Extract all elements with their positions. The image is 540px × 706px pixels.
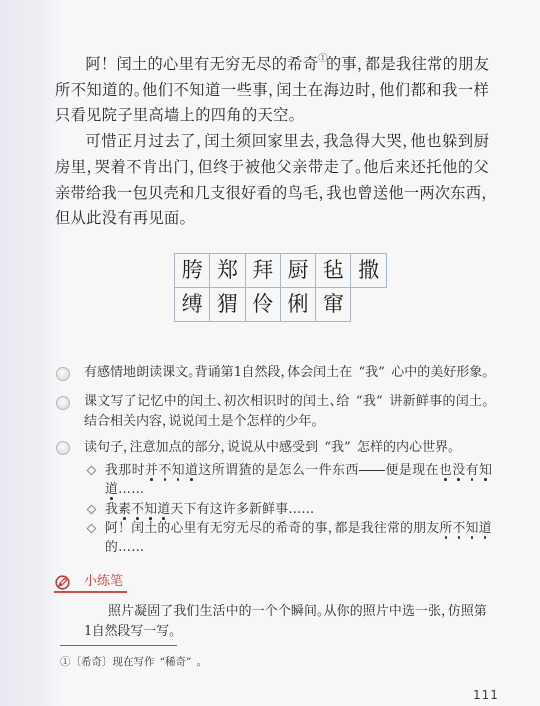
glyph: 不 xyxy=(453,519,466,538)
glyph: 意 xyxy=(143,438,156,458)
glyph: 事 xyxy=(315,519,328,538)
glyph: 往 xyxy=(374,519,387,538)
glyph: 一 xyxy=(305,461,318,480)
glyph: 了 xyxy=(124,392,137,412)
glyph: 瞬 xyxy=(291,602,304,622)
glyph: 里 xyxy=(71,155,86,181)
glyph: 有 xyxy=(84,363,97,383)
glyph: 感 xyxy=(279,438,292,458)
glyph: 知 xyxy=(87,78,102,104)
passage-line: 房里，哭着不肯出门，但终于被他父亲带走了。他后来还托他的父 xyxy=(55,155,489,181)
glyph: 家 xyxy=(268,129,283,155)
glyph: 曾 xyxy=(357,181,372,207)
passage-line: 可惜正月过去了，闰土须回家里去，我急得大哭，他也躲到厨 xyxy=(55,129,489,155)
glyph: 但 xyxy=(197,155,212,181)
practice-line: 照片凝固了我们生活中的一个个瞬间。从你的照片中选一张，仿照第 xyxy=(84,602,487,622)
glyph: 哭 xyxy=(386,129,401,155)
glyph: 没 xyxy=(452,461,465,480)
page-number: 111 xyxy=(473,688,499,702)
glyph: 世 xyxy=(422,438,435,458)
character-cell: 缚 xyxy=(175,288,210,322)
glyph: 怎 xyxy=(279,461,292,480)
glyph: 里 xyxy=(283,129,298,155)
glyph: 说 xyxy=(240,438,253,458)
glyph: … xyxy=(288,500,301,519)
glyph: 闰 xyxy=(195,412,208,432)
glyph: 诵 xyxy=(208,363,221,383)
glyph: 有 xyxy=(197,519,210,538)
glyph: 段 xyxy=(118,622,131,642)
glyph: 土 xyxy=(220,129,235,155)
glyph: 的 xyxy=(458,155,473,181)
glyph: 从 xyxy=(71,206,86,232)
glyph: 他 xyxy=(388,181,403,207)
glyph: 常 xyxy=(427,52,442,78)
practice-line: 1自然段写一写。 xyxy=(84,622,487,642)
glyph: 。 xyxy=(169,622,175,642)
glyph: … xyxy=(131,480,144,499)
glyph: 上 xyxy=(180,103,195,129)
glyph: 但 xyxy=(55,206,70,232)
glyph: 现 xyxy=(113,655,124,669)
glyph: 于 xyxy=(229,155,244,181)
character-cell: 胯 xyxy=(175,254,210,288)
exercise-item: 课文写了记忆中的闰土、初次相识时的闰土、给“我”讲新鲜事的闰土。 结合相关内容，… xyxy=(84,392,489,432)
glyph: 句 xyxy=(97,438,110,458)
glyph: 讲 xyxy=(389,392,402,412)
glyph: 奇 xyxy=(176,655,187,669)
character-cell: 撒 xyxy=(351,254,386,288)
glyph: 的 xyxy=(118,78,133,104)
glyph: 土 xyxy=(292,78,307,104)
glyph: 注 xyxy=(130,438,143,458)
glyph: 部 xyxy=(195,438,208,458)
glyph: 加 xyxy=(156,438,169,458)
glyph: 土 xyxy=(469,392,482,412)
glyph: 我 xyxy=(102,181,117,207)
glyph: 他 xyxy=(363,155,378,181)
glyph: 道 xyxy=(102,78,117,104)
glyph: 还 xyxy=(411,155,426,181)
footnote-marker: ① xyxy=(318,47,325,73)
glyph: 课 xyxy=(162,363,175,383)
glyph: 里 xyxy=(179,52,194,78)
glyph: 张 xyxy=(428,602,441,622)
glyph: 。 xyxy=(482,392,489,412)
glyph: 壳 xyxy=(164,181,179,207)
glyph: 无 xyxy=(236,519,249,538)
glyph: 可 xyxy=(85,129,100,155)
practice-title-underline xyxy=(54,591,127,593)
glyph: 闰 xyxy=(190,392,203,412)
circle-bullet-icon xyxy=(56,441,70,455)
passage-line: 但从此没有再见面。 xyxy=(55,206,489,232)
glyph: 我 xyxy=(361,519,374,538)
passage-line: 只看见院子里高墙上的四角的天空。 xyxy=(55,103,489,129)
glyph: 尽 xyxy=(249,519,262,538)
glyph: 我 xyxy=(442,78,457,104)
glyph: 个 xyxy=(265,602,278,622)
glyph: 去 xyxy=(164,129,179,155)
character-cell: 毡 xyxy=(316,254,351,288)
glyph: 看 xyxy=(71,103,86,129)
glyph: ， xyxy=(481,181,489,207)
glyph: 土 xyxy=(203,392,216,412)
glyph: 须 xyxy=(236,129,251,155)
glyph: 知 xyxy=(466,519,479,538)
glyph: 少 xyxy=(286,412,299,432)
character-cell: 猬 xyxy=(210,288,245,322)
glyph: 房 xyxy=(55,155,70,181)
glyph: 他 xyxy=(142,78,157,104)
glyph: 他 xyxy=(410,129,425,155)
glyph: 土 xyxy=(132,52,147,78)
glyph: 写 xyxy=(156,622,169,642)
glyph: 1 xyxy=(84,622,92,642)
glyph: 知 xyxy=(479,461,492,480)
glyph: 个 xyxy=(234,412,247,432)
glyph: 第 xyxy=(221,363,234,383)
glyph: 片 xyxy=(121,602,134,622)
glyph: 仿 xyxy=(448,602,461,622)
glyph: 穷 xyxy=(223,519,236,538)
glyph: 次 xyxy=(435,181,450,207)
glyph: 选 xyxy=(402,602,415,622)
character-cell: 俐 xyxy=(280,288,315,322)
glyph: 。 xyxy=(355,155,363,181)
glyph: 是 xyxy=(221,412,234,432)
glyph: 是 xyxy=(381,52,396,78)
glyph: 躲 xyxy=(442,129,457,155)
glyph: 阿 xyxy=(105,519,118,538)
glyph: 去 xyxy=(299,129,314,155)
exercise-line: 读句子，注意加点的部分，说说从中感受到“我”怎样的内心世界。 xyxy=(84,438,489,458)
glyph: 。 xyxy=(317,602,323,622)
glyph: 往 xyxy=(412,52,427,78)
glyph: ， xyxy=(357,52,365,78)
glyph: 形 xyxy=(456,363,469,383)
glyph: 希 xyxy=(287,52,302,78)
glyph: 照 xyxy=(461,602,474,622)
glyph: 穷 xyxy=(225,52,240,78)
glyph: 背 xyxy=(195,363,208,383)
glyph: 的 xyxy=(148,52,163,78)
glyph: 被 xyxy=(245,155,260,181)
glyph: 我 xyxy=(323,129,338,155)
glyph: 的 xyxy=(302,519,315,538)
glyph: 他 xyxy=(442,155,457,181)
glyph: ① xyxy=(60,655,71,669)
glyph: ， xyxy=(268,78,276,104)
glyph: 怎 xyxy=(357,438,370,458)
glyph: 的 xyxy=(195,103,210,129)
glyph: — xyxy=(372,461,385,480)
glyph: 尽 xyxy=(256,52,271,78)
glyph: 一 xyxy=(404,181,419,207)
glyph: 中 xyxy=(164,392,177,412)
glyph: 然 xyxy=(105,622,118,642)
glyph: 好 xyxy=(241,181,256,207)
glyph: 在 xyxy=(308,78,323,104)
glyph: 忆 xyxy=(150,392,163,412)
glyph: 便 xyxy=(386,461,399,480)
glyph: 时 xyxy=(276,392,289,412)
glyph: ！ xyxy=(101,52,116,78)
glyph: 角 xyxy=(226,103,241,129)
sentence-line: 我那时 并不知道 这所谓猹的是怎么一件东西——便是现在 也没有知 xyxy=(105,461,492,480)
glyph: 是 xyxy=(265,461,278,480)
glyph: 是 xyxy=(348,519,361,538)
passage-line: 所不知道的。他们不知道一些事，闰土在海边时，他们都和我一样 xyxy=(55,78,489,104)
glyph: 看 xyxy=(257,181,272,207)
glyph: 土 xyxy=(144,519,157,538)
glyph: 们 xyxy=(186,602,199,622)
glyph: 从 xyxy=(324,602,337,622)
character-cell: 厨 xyxy=(280,254,315,288)
glyph: 的 xyxy=(273,412,286,432)
exercise-line: 有感情地朗读课文。背诵第1自然段，体会闰土在“我”心中的美好形象。 xyxy=(84,363,489,383)
glyph: 见 xyxy=(148,206,163,232)
glyph: 谓 xyxy=(225,461,238,480)
glyph: 片 xyxy=(376,602,389,622)
glyph: 情 xyxy=(110,363,123,383)
glyph: 的 xyxy=(239,602,252,622)
glyph: 大 xyxy=(371,129,386,155)
glyph: 闰 xyxy=(276,78,291,104)
glyph: 写 xyxy=(134,655,145,669)
glyph: 东 xyxy=(332,461,345,480)
glyph: 这 xyxy=(199,461,212,480)
glyph: 知 xyxy=(189,78,204,104)
glyph: 这 xyxy=(210,500,223,519)
glyph: 月 xyxy=(133,129,148,155)
glyph: 1 xyxy=(234,363,242,383)
glyph: 心 xyxy=(163,52,178,78)
glyph: 分 xyxy=(208,438,221,458)
glyph: 希 xyxy=(81,655,92,669)
glyph: 我 xyxy=(173,602,186,622)
glyph: 哭 xyxy=(95,155,110,181)
glyph: 事 xyxy=(342,52,357,78)
glyph: 一 xyxy=(458,78,473,104)
glyph: 天 xyxy=(258,103,273,129)
glyph: 包 xyxy=(133,181,148,207)
character-cell: 郑 xyxy=(210,254,245,288)
glyph: 你 xyxy=(337,602,350,622)
glyph: 固 xyxy=(147,602,160,622)
glyph: 合 xyxy=(97,412,110,432)
glyph: 几 xyxy=(195,181,210,207)
glyph: 记 xyxy=(137,392,150,412)
glyph: 毛 xyxy=(303,181,318,207)
character-cell: 拜 xyxy=(245,254,280,288)
glyph: 次 xyxy=(237,392,250,412)
glyph: 道 xyxy=(105,480,118,499)
diamond-bullet-icon xyxy=(87,505,97,515)
glyph: 闰 xyxy=(204,129,219,155)
glyph: 院 xyxy=(102,103,117,129)
glyph: ， xyxy=(328,519,334,538)
glyph: 亲 xyxy=(292,155,307,181)
glyph: 感 xyxy=(97,363,110,383)
glyph: 到 xyxy=(458,129,473,155)
glyph: ” xyxy=(376,392,389,412)
glyph: 了 xyxy=(160,602,173,622)
glyph: 我 xyxy=(331,438,344,458)
glyph: 了 xyxy=(180,129,195,155)
glyph: 中 xyxy=(226,602,239,622)
glyph: ！ xyxy=(118,519,131,538)
glyph: 里 xyxy=(133,103,148,129)
glyph: 们 xyxy=(158,78,173,104)
glyph: 子 xyxy=(110,438,123,458)
glyph: ， xyxy=(87,155,95,181)
glyph: 我 xyxy=(326,181,341,207)
glyph: 边 xyxy=(339,78,354,104)
glyph: 关 xyxy=(123,412,136,432)
glyph: 结 xyxy=(84,412,97,432)
glyph: 西 xyxy=(466,181,481,207)
glyph: 不 xyxy=(131,500,144,519)
glyph: 都 xyxy=(411,78,426,104)
glyph: 。 xyxy=(312,412,319,432)
glyph: 鲜 xyxy=(262,500,275,519)
glyph: 美 xyxy=(430,363,443,383)
glyph: 门 xyxy=(174,155,189,181)
glyph: 有 xyxy=(466,461,479,480)
glyph: 多 xyxy=(236,500,249,519)
glyph: 不 xyxy=(126,155,141,181)
glyph: 无 xyxy=(210,519,223,538)
glyph: ， xyxy=(402,129,410,155)
glyph: … xyxy=(301,500,314,519)
glyph: 贝 xyxy=(148,181,163,207)
glyph: 的 xyxy=(272,52,287,78)
glyph: 一 xyxy=(117,181,132,207)
glyph: 自 xyxy=(242,363,255,383)
glyph: 识 xyxy=(263,392,276,412)
glyph: 土 xyxy=(316,392,329,412)
glyph: ， xyxy=(319,181,327,207)
glyph: 着 xyxy=(110,155,125,181)
glyph: 此 xyxy=(86,206,101,232)
passage-line: 亲带给我一包贝壳和几支很好看的鸟毛，我也曾送他一两次东西， xyxy=(55,181,489,207)
glyph: 不 xyxy=(71,78,86,104)
glyph: 也 xyxy=(439,461,452,480)
glyph: 道 xyxy=(157,500,170,519)
glyph: 有 xyxy=(197,500,210,519)
glyph: 凝 xyxy=(134,602,147,622)
sentence-line: 我 素不知道 天下有这许多新鲜事…… xyxy=(105,500,492,519)
glyph: 许 xyxy=(223,500,236,519)
glyph: 。 xyxy=(180,206,188,232)
glyph: 读 xyxy=(84,438,97,458)
glyph: 后 xyxy=(379,155,394,181)
glyph: 那 xyxy=(118,461,131,480)
exercise-item: 读句子，注意加点的部分，说说从中感受到“我”怎样的内心世界。 xyxy=(84,438,489,458)
glyph: 东 xyxy=(450,181,465,207)
glyph: 第 xyxy=(474,602,487,622)
glyph: 新 xyxy=(403,392,416,412)
glyph: 会 xyxy=(300,363,313,383)
glyph: 希 xyxy=(275,519,288,538)
glyph: 事 xyxy=(252,78,267,104)
glyph: 土 xyxy=(326,363,339,383)
glyph: ” xyxy=(344,438,357,458)
glyph: 土 xyxy=(208,412,221,432)
glyph: 照 xyxy=(108,602,121,622)
glyph: 送 xyxy=(373,181,388,207)
glyph: 时 xyxy=(132,461,145,480)
glyph: ， xyxy=(281,363,288,383)
glyph: 受 xyxy=(292,438,305,458)
glyph: 样 xyxy=(370,438,383,458)
glyph: 界 xyxy=(435,438,448,458)
glyph: 朋 xyxy=(413,519,426,538)
footnote: ①〔希奇〕现在写作“稀奇”。 xyxy=(60,655,202,669)
glyph: “ xyxy=(155,655,166,669)
glyph: 支 xyxy=(210,181,225,207)
glyph: ， xyxy=(315,129,323,155)
glyph: 、 xyxy=(217,392,224,412)
glyph: 友 xyxy=(426,519,439,538)
glyph: 作 xyxy=(144,655,155,669)
glyph: 我 xyxy=(105,500,118,519)
glyph: 自 xyxy=(92,622,105,642)
glyph: 无 xyxy=(241,52,256,78)
glyph: 的 xyxy=(383,438,396,458)
glyph: 在 xyxy=(426,461,439,480)
glyph: 所 xyxy=(439,519,452,538)
glyph: 点 xyxy=(169,438,182,458)
glyph: 闰 xyxy=(303,392,316,412)
glyph: 走 xyxy=(324,155,339,181)
glyph: ， xyxy=(189,155,197,181)
glyph: 中 xyxy=(404,363,417,383)
new-characters-grid: 胯 郑 拜 厨 毡 撒 缚 猬 伶 俐 窜 xyxy=(174,253,387,322)
glyph: 都 xyxy=(365,52,380,78)
glyph: 在 xyxy=(339,363,352,383)
sentence-line: 的…… xyxy=(105,538,492,557)
glyph: 鲜 xyxy=(416,392,429,412)
glyph: 的 xyxy=(262,519,275,538)
glyph: 海 xyxy=(324,78,339,104)
glyph: 没 xyxy=(102,206,117,232)
glyph: 我 xyxy=(105,461,118,480)
glyph: 常 xyxy=(387,519,400,538)
glyph: 容 xyxy=(149,412,162,432)
glyph: 面 xyxy=(164,206,179,232)
circle-bullet-icon xyxy=(56,367,70,381)
glyph: 一 xyxy=(221,78,236,104)
glyph: ” xyxy=(186,655,197,669)
glyph: 事 xyxy=(275,500,288,519)
grid-row: 缚 猬 伶 俐 窜 xyxy=(175,288,387,322)
glyph: 他 xyxy=(379,78,394,104)
glyph: 友 xyxy=(474,52,489,78)
glyph: 和 xyxy=(426,78,441,104)
glyph: 间 xyxy=(304,602,317,622)
glyph: 见 xyxy=(86,103,101,129)
glyph: 的 xyxy=(272,181,287,207)
glyph: 惜 xyxy=(101,129,116,155)
glyph: 中 xyxy=(389,602,402,622)
glyph: 终 xyxy=(213,155,228,181)
glyph: 从 xyxy=(253,438,266,458)
glyph: 相 xyxy=(110,412,123,432)
glyph: 两 xyxy=(419,181,434,207)
glyph: — xyxy=(359,461,372,480)
